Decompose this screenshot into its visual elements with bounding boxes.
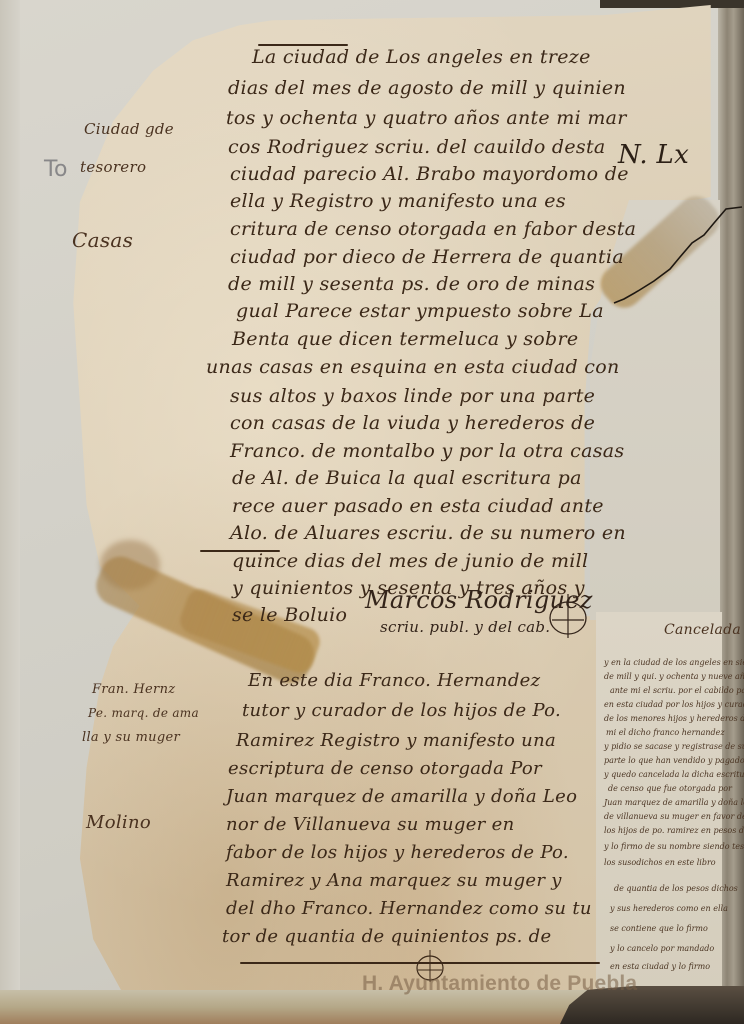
note-line: de los menores hijos y herederos de <box>604 714 744 723</box>
text-line: dias del mes de agosto de mill y quinien <box>228 77 626 99</box>
signature-rubric <box>540 590 600 640</box>
margin-note: tesorero <box>80 158 146 176</box>
note-line: y en la ciudad de los angeles en siete <box>604 658 744 667</box>
note-line: y lo cancelo por mandado <box>610 944 714 953</box>
note-line: mi el dicho franco hernandez <box>606 728 725 737</box>
text-line: critura de censo otorgada en fabor desta <box>230 218 636 240</box>
text-line: unas casas en esquina en esta ciudad con <box>206 356 620 378</box>
text-line: de Al. de Buica la qual escritura pa <box>232 467 582 489</box>
text-line: Ramirez y Ana marquez su muger y <box>226 870 562 891</box>
text-line: ella y Registro y manifesto una es <box>230 190 566 212</box>
text-line: escriptura de censo otorgada Por <box>228 758 542 779</box>
notary-title: scriu. publ. y del cab. <box>380 618 550 636</box>
margin-note: Fran. Hernz <box>92 682 175 697</box>
margin-note-casas: Casas <box>72 228 133 252</box>
text-line: tos y ochenta y quatro años ante mi mar <box>226 107 627 129</box>
note-line: de villanueva su muger en favor de <box>604 812 744 821</box>
pencil-note: To <box>44 157 68 182</box>
note-line: ante mi el scriu. por el cabildo parecio <box>610 686 744 695</box>
text-line: Juan marquez de amarilla y doña Leo <box>226 786 577 807</box>
note-line: y quedo cancelada la dicha escritura <box>604 770 744 779</box>
note-line: se contiene que lo firmo <box>610 924 708 933</box>
note-line: y sus herederos como en ella <box>610 904 728 913</box>
note-line: los susodichos en este libro <box>604 858 716 867</box>
text-line: de mill y sesenta ps. de oro de minas <box>228 273 595 295</box>
text-line: tutor y curador de los hijos de Po. <box>242 700 561 721</box>
margin-note: Pe. marq. de ama <box>88 706 199 720</box>
archive-watermark: H. Ayuntamiento de Puebla <box>362 972 637 996</box>
note-line: de quantia de los pesos dichos <box>614 884 738 893</box>
flourish-line <box>258 44 348 46</box>
flourish-line <box>200 550 280 552</box>
note-line: de censo que fue otorgada por <box>608 784 732 793</box>
margin-note: Ciudad gde <box>84 120 174 138</box>
text-line: ciudad por dieco de Herrera de quantia <box>230 246 624 268</box>
cancelled-heading: Cancelada <box>664 622 741 638</box>
text-line: tor de quantia de quinientos ps. de <box>222 926 551 947</box>
margin-note-molino: Molino <box>86 812 151 833</box>
text-line: nor de Villanueva su muger en <box>226 814 514 835</box>
note-line: los hijos de po. ramirez en pesos de oro <box>604 826 744 835</box>
text-line: Benta que dicen termeluca y sobre <box>232 328 578 350</box>
text-line: del dho Franco. Hernandez como su tu <box>226 898 592 919</box>
top-edge-shadow <box>600 0 744 8</box>
text-line: En este dia Franco. Hernandez <box>248 670 540 691</box>
text-line: Alo. de Aluares escriu. de su numero en <box>230 522 626 544</box>
note-line: y lo firmo de su nombre siendo testigos <box>604 842 744 851</box>
text-line: con casas de la viuda y herederos de <box>230 412 595 434</box>
text-line: Ramirez Registro y manifesto una <box>236 730 556 751</box>
text-line: La ciudad de Los angeles en treze <box>252 46 591 68</box>
text-line: Franco. de montalbo y por la otra casas <box>230 440 624 462</box>
manuscript-scan: Ciudad gde To tesorero Casas Fran. Hernz… <box>0 0 744 1024</box>
note-line: en esta ciudad por los hijos y curador <box>604 700 744 709</box>
note-line: parte lo que han vendido y pagado <box>604 756 744 765</box>
text-line: sus altos y baxos linde por una parte <box>230 385 595 407</box>
text-line: quince dias del mes de junio de mill <box>232 550 588 572</box>
note-line: y pidio se sacase y registrase de su <box>604 742 744 751</box>
margin-note: lla y su muger <box>82 730 180 745</box>
note-line: en esta ciudad y lo firmo <box>610 962 710 971</box>
note-line: de mill y qui. y ochenta y nueve años <box>604 672 744 681</box>
text-line: cos Rodriguez scriu. del cauildo desta <box>228 136 606 158</box>
text-line: gual Parece estar ympuesto sobre La <box>236 300 604 322</box>
backing-paper-edge <box>0 0 20 1024</box>
text-line: rece auer pasado en esta ciudad ante <box>232 495 604 517</box>
text-line: fabor de los hijos y herederos de Po. <box>226 842 569 863</box>
text-line: ciudad parecio Al. Brabo mayordomo de <box>230 163 629 185</box>
note-line: Juan marquez de amarilla y doña leonor <box>604 798 744 807</box>
text-line: se le Boluio <box>232 604 347 626</box>
